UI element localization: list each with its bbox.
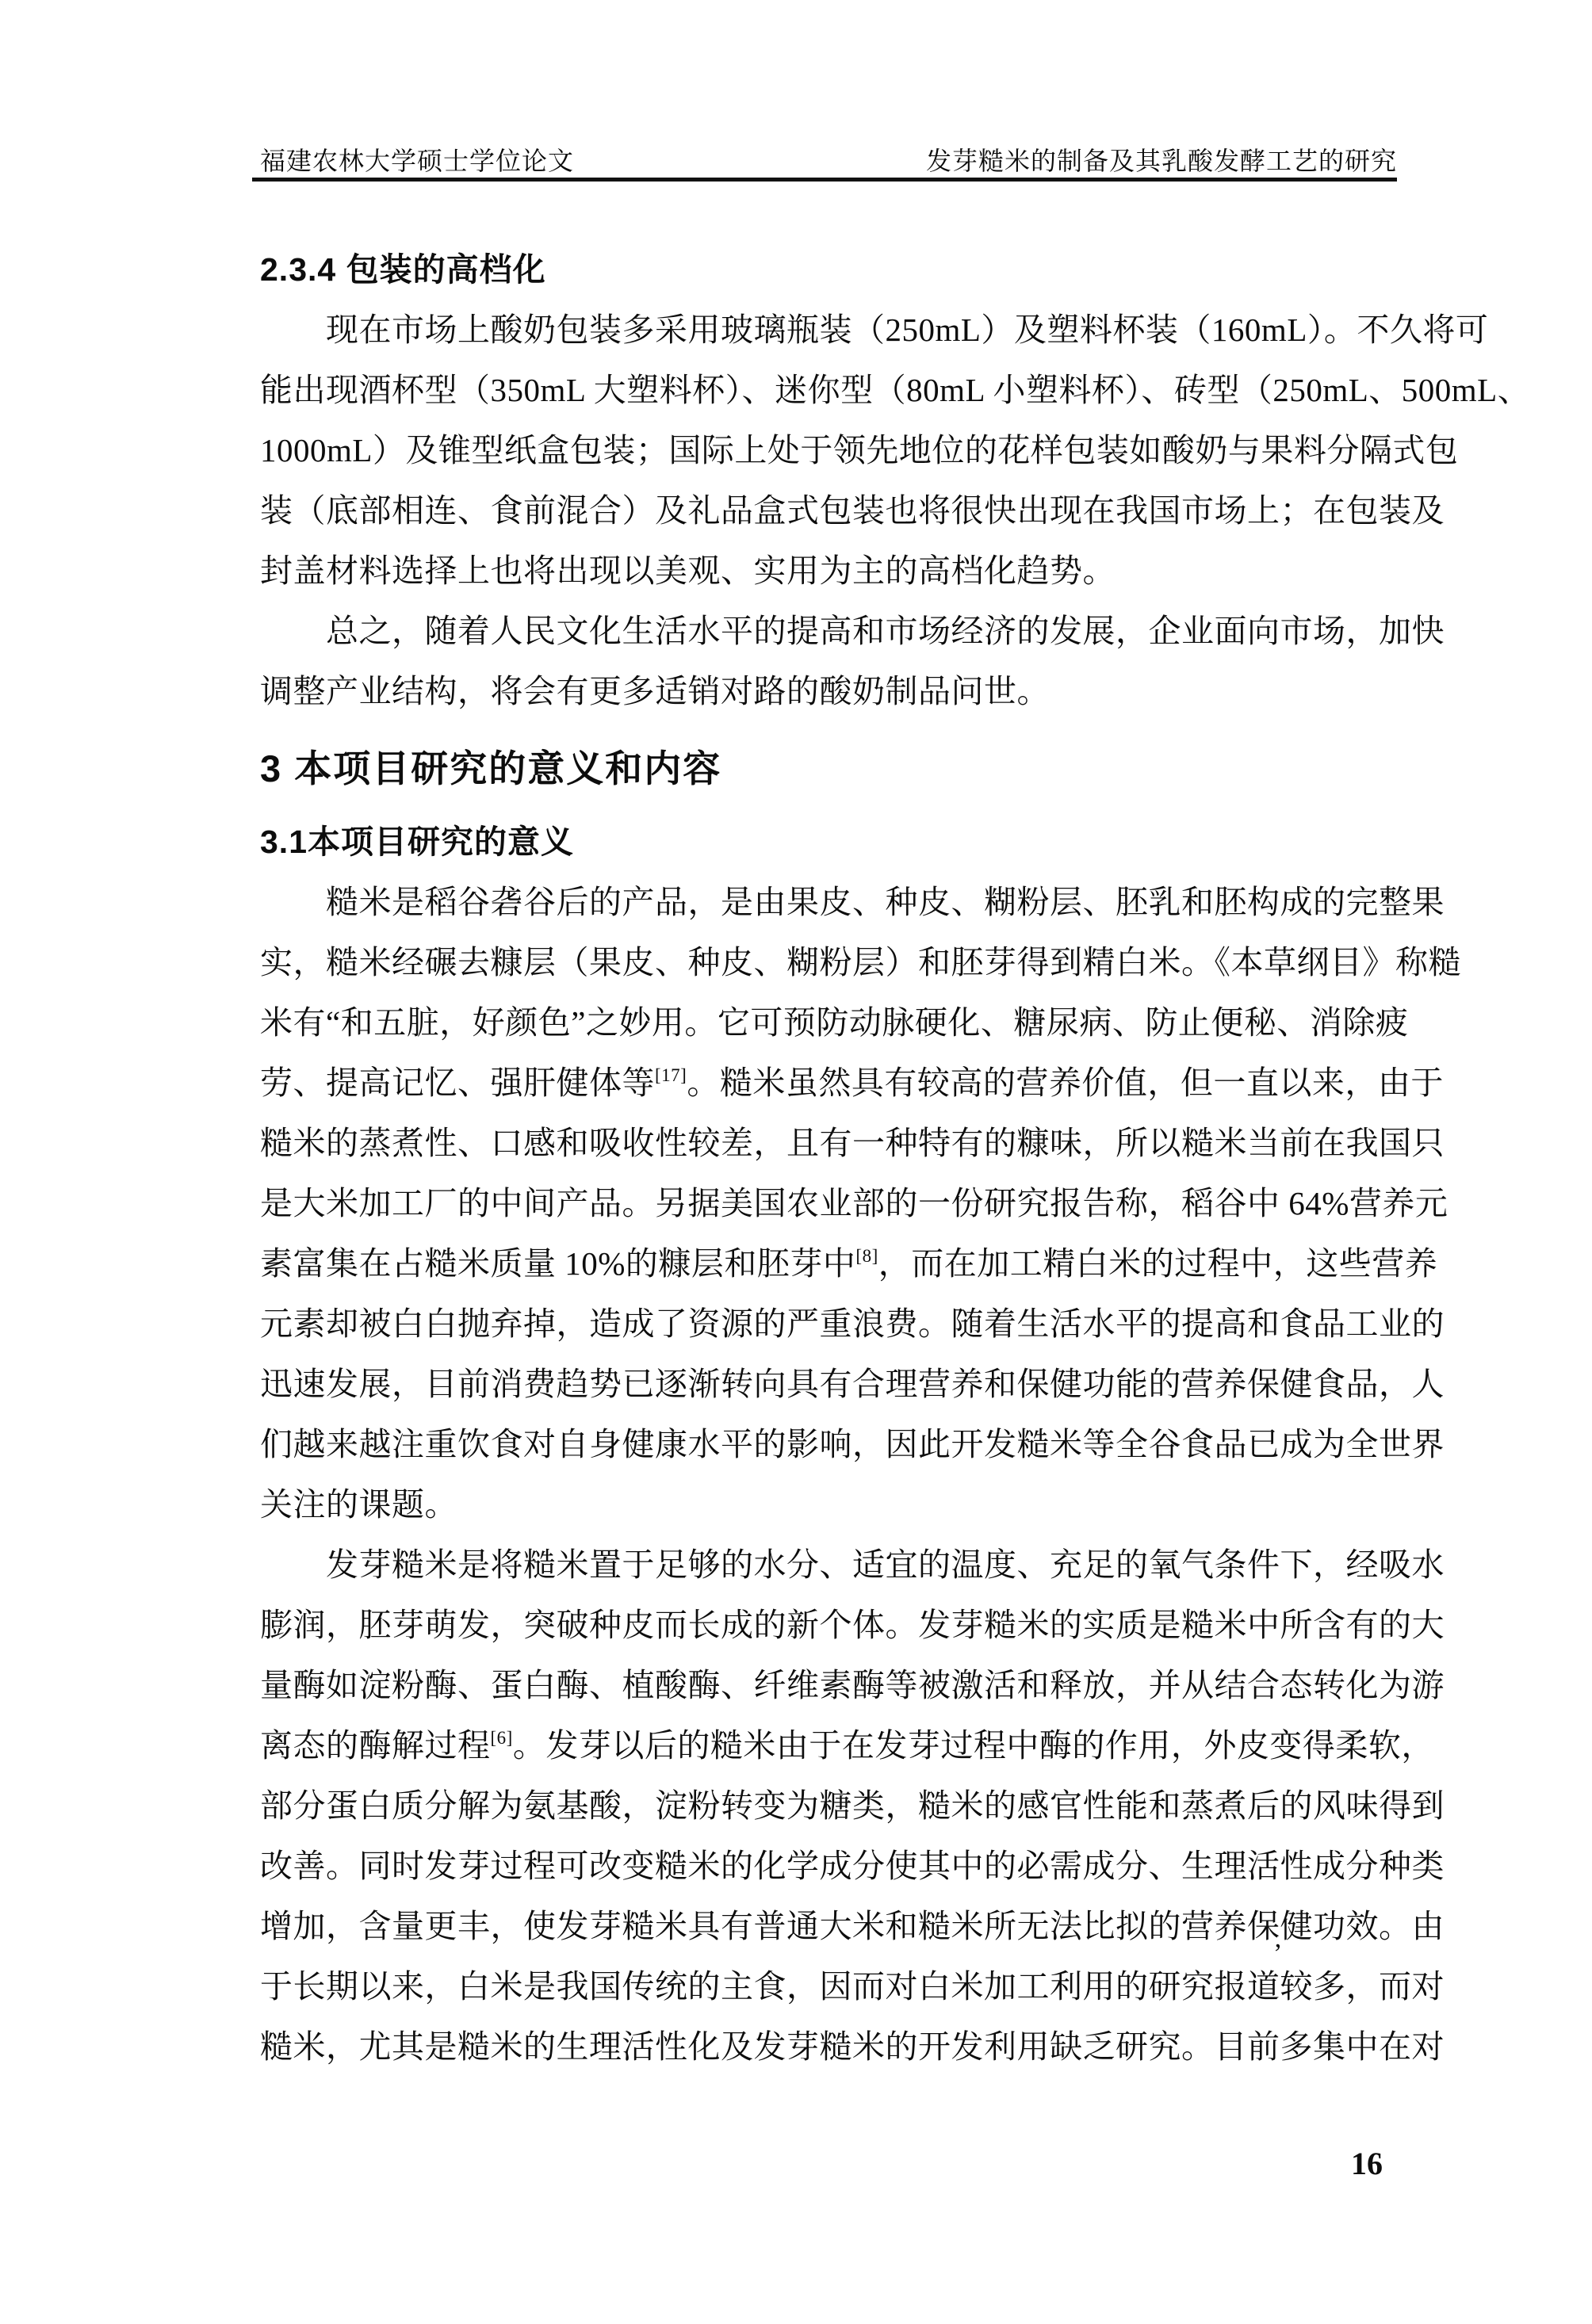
text-line: 关注的课题。 (260, 1474, 1410, 1535)
text-line: 米有“和五脏，好颜色”之妙用。它可预防动脉硬化、糖尿病、防止便秘、消除疲 (260, 992, 1410, 1053)
text-line: 离态的酶解过程[6]。发芽以后的糙米由于在发芽过程中酶的作用，外皮变得柔软， (260, 1715, 1410, 1775)
text-line: 膨润，胚芽萌发，突破种皮而长成的新个体。发芽糙米的实质是糙米中所含有的大 (260, 1595, 1410, 1655)
text-line: 迅速发展，目前消费趋势已逐渐转向具有合理营养和保健功能的营养保健食品，人 (260, 1354, 1410, 1414)
text-line: 元素却被白白抛弃掉，造成了资源的严重浪费。随着生活水平的提高和食品工业的 (260, 1294, 1410, 1354)
citation-ref: [8] (855, 1246, 878, 1266)
citation-ref: [6] (491, 1728, 513, 1748)
text-line: 发芽糙米是将糙米置于足够的水分、适宜的温度、充足的氧气条件下，经吸水 (260, 1535, 1410, 1595)
text-line: 于长期以来，白米是我国传统的主食，因而对白米加工利用的研究报道较多，而对 (260, 1956, 1410, 2016)
text-line: 封盖材料选择上也将出现以美观、实用为主的高档化趋势。 (260, 541, 1410, 601)
subsection-heading: 3.1本项目研究的意义 (260, 812, 1410, 872)
text-line: 素富集在占糙米质量 10%的糠层和胚芽中[8]，而在加工精白米的过程中，这些营养 (260, 1233, 1410, 1294)
text-line: 部分蛋白质分解为氨基酸，淀粉转变为糖类，糙米的感官性能和蒸煮后的风味得到 (260, 1775, 1410, 1836)
text-line: 改善。同时发芽过程可改变糙米的化学成分使其中的必需成分、生理活性成分种类 (260, 1836, 1410, 1896)
text-line: 现在市场上酸奶包装多采用玻璃瓶装（250mL）及塑料杯装（160mL）。不久将可 (260, 300, 1410, 360)
text-line: 调整产业结构，将会有更多适销对路的酸奶制品问世。 (260, 661, 1410, 721)
section-heading: 3 本项目研究的意义和内容 (260, 721, 1410, 812)
subsection-heading: 2.3.4 包装的高档化 (260, 239, 1410, 300)
text-line: 是大米加工厂的中间产品。另据美国农业部的一份研究报告称，稻谷中 64%营养元 (260, 1173, 1410, 1233)
citation-ref: [17] (655, 1065, 687, 1085)
header-left-title: 福建农林大学硕士学位论文 (260, 145, 574, 177)
text-line: 总之，随着人民文化生活水平的提高和市场经济的发展，企业面向市场，加快 (260, 601, 1410, 661)
text-line: 糙米的蒸煮性、口感和吸收性较差，且有一种特有的糠味，所以糙米当前在我国只 (260, 1113, 1410, 1173)
header-rule (252, 178, 1397, 182)
text-line: 装（底部相连、食前混合）及礼品盒式包装也将很快出现在我国市场上；在包装及 (260, 480, 1410, 541)
text-line: 1000mL）及锥型纸盒包装；国际上处于领先地位的花样包装如酸奶与果料分隔式包 (260, 420, 1410, 480)
text-line: 劳、提高记忆、强肝健体等[17]。糙米虽然具有较高的营养价值，但一直以来，由于 (260, 1053, 1410, 1113)
text-line: 增加，含量更丰，使发芽糙米具有普通大米和糙米所无法比拟的营养保健功效。由 (260, 1896, 1410, 1956)
text-line: 糙米，尤其是糙米的生理活性化及发芽糙米的开发利用缺乏研究。目前多集中在对 (260, 2016, 1410, 2077)
text-line: 能出现酒杯型（350mL 大塑料杯）、迷你型（80mL 小塑料杯）、砖型（250… (260, 360, 1410, 420)
body-content: 2.3.4 包装的高档化 现在市场上酸奶包装多采用玻璃瓶装（250mL）及塑料杯… (260, 239, 1410, 2077)
text-line: 实，糙米经碾去糠层（果皮、种皮、糊粉层）和胚芽得到精白米。《本草纲目》称糙 (260, 932, 1410, 992)
header-right-title: 发芽糙米的制备及其乳酸发酵工艺的研究 (926, 145, 1397, 177)
thesis-page: 福建农林大学硕士学位论文 发芽糙米的制备及其乳酸发酵工艺的研究 2.3.4 包装… (0, 0, 1592, 2324)
text-line: 们越来越注重饮食对自身健康水平的影响，因此开发糙米等全谷食品已成为全世界 (260, 1414, 1410, 1474)
stray-scan-mark: ’ (1273, 1939, 1282, 1969)
text-line: 糙米是稻谷砻谷后的产品，是由果皮、种皮、糊粉层、胚乳和胚构成的完整果 (260, 872, 1410, 932)
page-number: 16 (1351, 2145, 1383, 2182)
text-line: 量酶如淀粉酶、蛋白酶、植酸酶、纤维素酶等被激活和释放，并从结合态转化为游 (260, 1655, 1410, 1715)
